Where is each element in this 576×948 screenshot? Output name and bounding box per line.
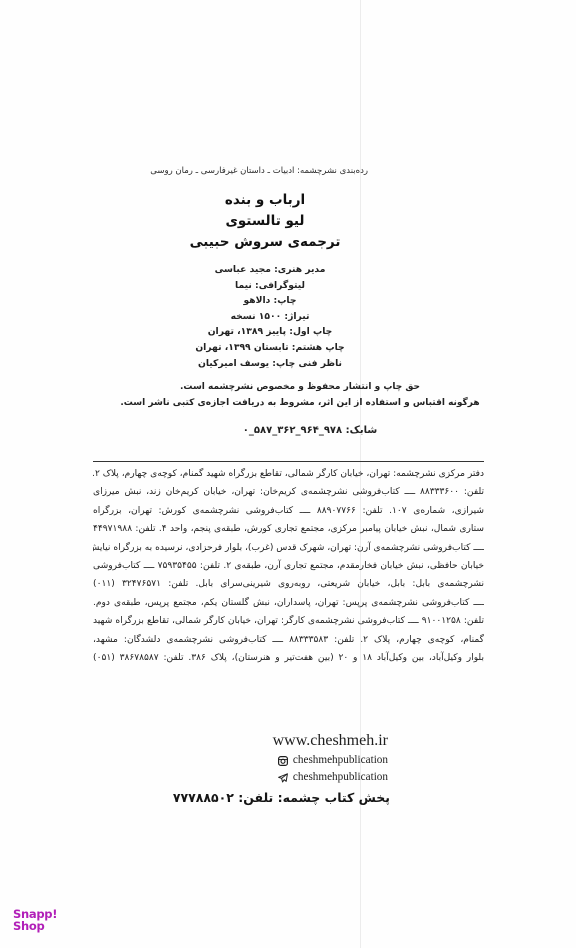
address-line: نشرچشمه‌ی بابل: بابل، خیابان شریعتی، روب…: [93, 575, 484, 593]
author-name: لیو تالستوی: [60, 211, 470, 232]
credit-first-edition: چاپ اول: پاییز ۱۳۸۹، تهران: [60, 324, 480, 340]
address-line: ــــ کتاب‌فروشی نشرچشمه‌ی پرپس: تهران، پ…: [93, 594, 484, 612]
distribution-phone: پخش کتاب چشمه: تلفن: ۷۷۷۸۸۵۰۲: [185, 790, 390, 805]
credit-printing: چاپ: دالاهو: [60, 293, 480, 309]
address-line: ــــ کتاب‌فروشی نشرچشمه‌ی آرن: تهران، شه…: [93, 539, 484, 557]
address-line: گمنام، کوچه‌ی چهارم، پلاک ۲. تلفن: ۸۸۳۳۳…: [93, 631, 484, 649]
translator-name: ترجمه‌ی سروش حبیبی: [60, 232, 470, 253]
classification-line: رده‌بندی نشرچشمه: ادبیات ـ داستان غیرفار…: [150, 166, 368, 176]
credit-print-supervisor: ناظر فنی چاپ: یوسف امیرکیان: [60, 356, 480, 372]
rights-block: حق چاپ و انتشار محفوظ و مخصوص نشرچشمه اس…: [100, 380, 500, 411]
snappshop-watermark: Snapp! Shop: [13, 908, 57, 932]
contact-block: www.cheshmeh.ir cheshmehpublication ches…: [228, 730, 388, 786]
address-line: شیرازی، شماره‌ی ۱۰۷. تلفن: ۸۸۹۰۷۷۶۶ ــــ…: [93, 502, 484, 520]
credit-lithography: لیتوگرافی: نیما: [60, 278, 480, 294]
website-link: www.cheshmeh.ir: [228, 730, 388, 752]
address-line: تلفن: ۹۱۰۰۱۲۵۸ ــــ کتاب‌فروشی نشرچشمه‌ی…: [93, 612, 484, 630]
isbn-line: شابک: ۹۷۸_۹۶۴_۳۶۲_۵۸۷_۰: [150, 425, 470, 436]
isbn-value: ۹۷۸_۹۶۴_۳۶۲_۵۸۷_۰: [243, 425, 342, 436]
addresses-block: دفتر مرکزی نشرچشمه: تهران، خیابان کارگر …: [93, 465, 484, 667]
credit-eighth-edition: چاپ هشتم: تابستان ۱۳۹۹، تهران: [60, 340, 480, 356]
watermark-line-2: Shop: [13, 920, 57, 932]
book-title: ارباب و بنده: [60, 190, 470, 211]
credit-art-director: مدیر هنری: مجید عباسی: [60, 262, 480, 278]
instagram-row: cheshmehpublication: [228, 752, 388, 769]
address-line: تلفن: ۸۸۳۳۳۶۰۰ ــــ کتاب‌فروشی نشرچشمه‌ی…: [93, 483, 484, 501]
credits-block: مدیر هنری: مجید عباسی لیتوگرافی: نیما چا…: [150, 262, 480, 371]
telegram-icon: [278, 773, 288, 783]
instagram-icon: [278, 756, 288, 766]
rights-reserved: حق چاپ و انتشار محفوظ و مخصوص نشرچشمه اس…: [100, 380, 500, 396]
address-line: ستاری شمال، نبش خیابان پیامبر مرکزی، مجت…: [93, 520, 484, 538]
credit-print-run: تیراژ: ۱۵۰۰ نسخه: [60, 309, 480, 325]
horizontal-rule: [93, 461, 484, 462]
address-line: خیابان حافظی، نبش خیابان فخارمقدم، مجتمع…: [93, 557, 484, 575]
telegram-row: cheshmehpublication: [228, 769, 388, 786]
address-line: بلوار وکیل‌آباد، بین وکیل‌آباد ۱۸ و ۲۰ (…: [93, 649, 484, 667]
address-line: دفتر مرکزی نشرچشمه: تهران، خیابان کارگر …: [93, 465, 484, 483]
title-block: ارباب و بنده لیو تالستوی ترجمه‌ی سروش حب…: [150, 190, 470, 253]
copyright-page: رده‌بندی نشرچشمه: ادبیات ـ داستان غیرفار…: [0, 0, 576, 948]
rights-usage-notice: هرگونه اقتباس و استفاده از این اثر، مشرو…: [100, 396, 500, 412]
instagram-handle: cheshmehpublication: [293, 752, 388, 769]
telegram-handle: cheshmehpublication: [293, 769, 388, 786]
isbn-label: شابک:: [346, 425, 378, 436]
